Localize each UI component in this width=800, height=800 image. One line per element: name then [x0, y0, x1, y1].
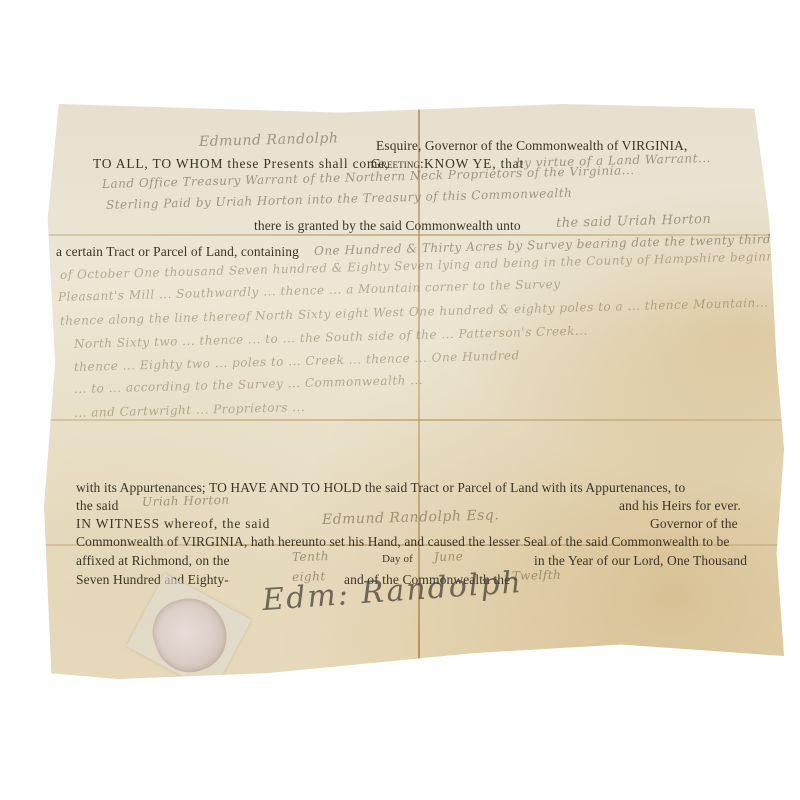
governor-of-the: Governor of the: [650, 516, 738, 532]
grantee-name-handwritten: the said Uriah Horton: [556, 212, 712, 231]
description-line-4: North Sixty two ... thence ... to ... th…: [74, 324, 588, 351]
year-of-lord: in the Year of our Lord, One Thousand: [534, 553, 747, 569]
description-line-6: ... to ... according to the Survey ... C…: [74, 373, 423, 396]
grantee-name-handwritten-2: Uriah Horton: [142, 493, 230, 509]
month-handwritten: June: [434, 549, 464, 564]
heirs-line: and his Heirs for ever.: [619, 498, 741, 514]
affixed-richmond: affixed at Richmond, on the: [76, 553, 230, 569]
in-witness: IN WITNESS whereof, the said: [76, 516, 270, 532]
governor-name-handwritten: Edmund Randolph: [199, 130, 339, 150]
governor-witness-handwritten: Edmund Randolph Esq.: [322, 507, 500, 528]
header-line-governor: Esquire, Governor of the Commonwealth of…: [376, 138, 687, 154]
horizontal-fold-line: [44, 419, 784, 421]
description-line-2: Pleasant's Mill ... Southwardly ... then…: [58, 277, 561, 304]
description-line-5: thence ... Eighty two ... poles to ... C…: [74, 348, 520, 374]
containing-line: a certain Tract or Parcel of Land, conta…: [56, 244, 299, 260]
seven-hundred-eighty: Seven Hundred and Eighty-: [76, 572, 229, 588]
said-label: the said: [76, 498, 118, 514]
description-line-7: ... and Cartwright ... Proprietors ...: [74, 400, 306, 420]
header-line-to-all: TO ALL, TO WHOM these Presents shall com…: [93, 156, 389, 172]
day-of: Day of: [382, 553, 413, 565]
granted-line: there is granted by the said Commonwealt…: [254, 218, 521, 234]
land-grant-document: Edmund Randolph Esquire, Governor of the…: [44, 104, 784, 679]
consideration-handwritten-3: Sterling Paid by Uriah Horton into the T…: [106, 186, 573, 212]
commonwealth-seal-line: Commonwealth of VIRGINIA, hath hereunto …: [76, 534, 729, 550]
day-handwritten: Tenth: [292, 549, 329, 564]
